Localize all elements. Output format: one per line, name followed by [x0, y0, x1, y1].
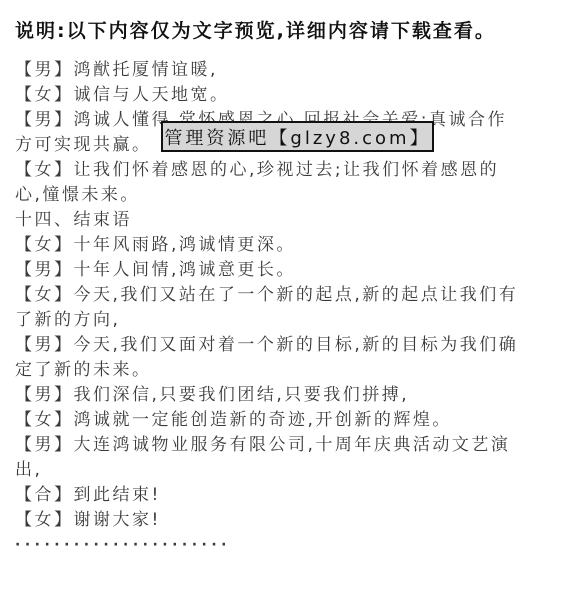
script-line: 【女】让我们怀着感恩的心,珍视过去;让我们怀着感恩的: [15, 158, 563, 183]
script-line: 【男】我们深信,只要我们团结,只要我们拼搏,: [15, 383, 563, 408]
truncation-ellipsis: ······················: [15, 533, 563, 558]
section-heading: 十四、结束语: [15, 208, 563, 233]
script-line: 出,: [15, 458, 563, 483]
script-line: 【男】今天,我们又面对着一个新的目标,新的目标为我们确: [15, 333, 563, 358]
watermark-badge: 管理资源吧【glzy8.com】: [161, 121, 434, 152]
script-line: 【男】鸿猷托厦情谊暖,: [15, 58, 563, 83]
preview-notice: 说明:以下内容仅为文字预览,详细内容请下载查看。: [15, 16, 496, 43]
script-line: 【合】到此结束!: [15, 483, 563, 508]
script-line: 【男】大连鸿诚物业服务有限公司,十周年庆典活动文艺演: [15, 433, 563, 458]
script-line: 【女】今天,我们又站在了一个新的起点,新的起点让我们有: [15, 283, 563, 308]
script-line: 【男】十年人间情,鸿诚意更长。: [15, 258, 563, 283]
script-line: 【女】十年风雨路,鸿诚情更深。: [15, 233, 563, 258]
script-line: 【女】诚信与人天地宽。: [15, 83, 563, 108]
script-line: 了新的方向,: [15, 308, 563, 333]
script-line: 【女】谢谢大家!: [15, 508, 563, 533]
document-preview-page: 说明:以下内容仅为文字预览,详细内容请下载查看。 【男】鸿猷托厦情谊暖, 【女】…: [0, 0, 578, 600]
script-line: 【女】鸿诚就一定能创造新的奇迹,开创新的辉煌。: [15, 408, 563, 433]
script-line: 定了新的未来。: [15, 358, 563, 383]
script-line: 心,憧憬未来。: [15, 183, 563, 208]
